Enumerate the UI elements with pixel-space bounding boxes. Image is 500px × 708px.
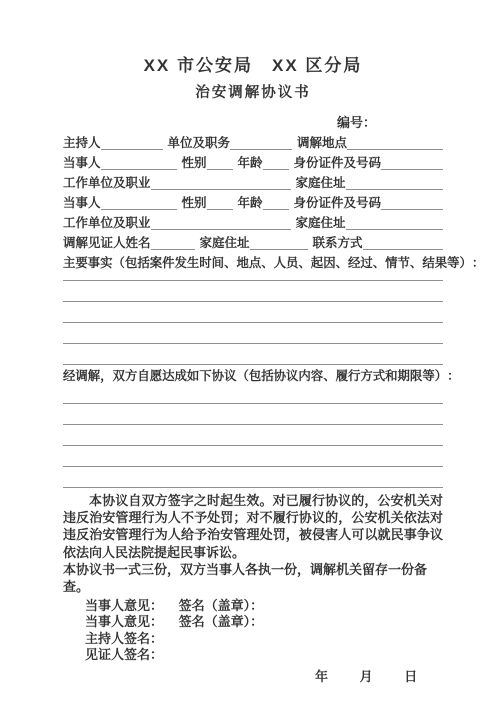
address-label: 家庭住址: [296, 215, 346, 232]
party1-opinion-row: 当事人意见： 签名（盖章）：: [85, 598, 443, 615]
blank-write-line: [63, 404, 443, 425]
address-write-line: [346, 175, 443, 190]
id-write-line: [381, 195, 443, 210]
agreement-blank-lines: [63, 385, 443, 488]
blank-write-line: [63, 281, 443, 302]
age-label: 年龄: [238, 195, 263, 212]
blank-write-line: [63, 344, 443, 365]
sign-seal-label: 签名（盖章）：: [179, 614, 264, 629]
party2-opinion-row: 当事人意见： 签名（盖章）：: [85, 614, 443, 631]
sign-seal-label: 签名（盖章）：: [179, 598, 264, 613]
witness-name-label: 调解见证人姓名: [63, 235, 151, 252]
address-label: 家庭住址: [296, 175, 346, 192]
signature-block: 当事人意见： 签名（盖章）： 当事人意见： 签名（盖章）： 主持人签名： 见证人…: [85, 598, 443, 664]
id-label: 身份证件及号码: [294, 195, 382, 212]
blank-write-line: [63, 446, 443, 467]
party-opinion-label: 当事人意见：: [85, 614, 163, 629]
mediation-place-write-line: [347, 135, 443, 150]
gender-label: 性别: [182, 155, 207, 172]
witness-sign-label: 见证人签名：: [85, 647, 163, 662]
mediation-place-label: 调解地点: [297, 135, 347, 152]
age-label: 年龄: [238, 155, 263, 172]
party1-identity-row: 当事人 性别 年龄 身份证件及号码: [63, 152, 443, 172]
facts-heading-row: 主要事实（包括案件发生时间、地点、人员、起因、经过、情节、结果等） ：: [63, 252, 455, 272]
gender-write-line: [207, 195, 233, 210]
agreement-heading: 经调解，双方自愿达成如下协议（包括协议内容、履行方式和期限等）: [63, 368, 447, 385]
blank-write-line: [63, 385, 443, 404]
document-number-label: 编号：: [337, 114, 443, 132]
id-write-line: [381, 155, 443, 170]
mediator-row: 主持人 单位及职务 调解地点: [63, 132, 443, 152]
party2-identity-row: 当事人 性别 年龄 身份证件及号码: [63, 192, 443, 212]
blank-write-line: [63, 467, 443, 488]
doc-title: 治安调解协议书: [63, 83, 443, 103]
id-label: 身份证件及号码: [294, 155, 382, 172]
host-sign-label: 主持人签名：: [85, 631, 163, 646]
host-write-line: [101, 135, 163, 150]
copies-note: 本协议书一式三份，双方当事人各执一份，调解机关留存一份备查。: [63, 561, 443, 595]
work-label: 工作单位及职业: [63, 175, 151, 192]
facts-colon: ：: [472, 253, 484, 272]
blank-write-line: [63, 302, 443, 323]
unit-post-label: 单位及职务: [168, 135, 231, 152]
blank-write-line: [63, 425, 443, 446]
blank-write-line: [63, 323, 443, 344]
day-label: 日: [404, 668, 417, 685]
witness-contact-label: 联系方式: [313, 235, 363, 252]
effectiveness-paragraph: 本协议自双方签字之时起生效。对已履行协议的，公安机关对违反治安管理行为人不予处罚…: [63, 492, 443, 561]
date-line: 年 月 日: [315, 668, 443, 685]
party-name-label: 当事人: [63, 195, 101, 212]
party-opinion-label: 当事人意见：: [85, 598, 163, 613]
org-title: XX 市公安局 XX 区分局: [63, 0, 443, 76]
host-signature-row: 主持人签名：: [85, 631, 443, 648]
witness-contact-write-line: [363, 235, 443, 250]
blank-write-line: [63, 272, 443, 281]
party-name-label: 当事人: [63, 155, 101, 172]
year-label: 年: [315, 668, 328, 685]
witness-address-write-line: [250, 235, 308, 250]
party-name-write-line: [101, 195, 177, 210]
address-write-line: [346, 215, 443, 230]
agreement-heading-row: 经调解，双方自愿达成如下协议（包括协议内容、履行方式和期限等） ：: [63, 365, 455, 385]
witness-signature-row: 见证人签名：: [85, 647, 443, 664]
age-write-line: [263, 155, 289, 170]
party2-work-row: 工作单位及职业 家庭住址: [63, 212, 443, 232]
gender-write-line: [207, 155, 233, 170]
party-name-write-line: [101, 155, 177, 170]
agreement-colon: ：: [447, 366, 459, 385]
facts-heading: 主要事实（包括案件发生时间、地点、人员、起因、经过、情节、结果等）: [63, 255, 472, 272]
month-label: 月: [360, 668, 373, 685]
document-content: XX 市公安局 XX 区分局 治安调解协议书 编号： 主持人 单位及职务 调解地…: [63, 0, 443, 685]
age-write-line: [263, 195, 289, 210]
witness-row: 调解见证人姓名 家庭住址 联系方式: [63, 232, 443, 252]
work-write-line: [151, 175, 291, 190]
facts-blank-lines: [63, 272, 443, 365]
gender-label: 性别: [182, 195, 207, 212]
work-label: 工作单位及职业: [63, 215, 151, 232]
work-write-line: [151, 215, 291, 230]
witness-name-write-line: [151, 235, 195, 250]
unit-post-write-line: [230, 135, 292, 150]
mediation-agreement-document: XX 市公安局 XX 区分局 治安调解协议书 编号： 主持人 单位及职务 调解地…: [0, 0, 500, 708]
witness-address-label: 家庭住址: [200, 235, 250, 252]
host-label: 主持人: [63, 135, 101, 152]
party1-work-row: 工作单位及职业 家庭住址: [63, 172, 443, 192]
